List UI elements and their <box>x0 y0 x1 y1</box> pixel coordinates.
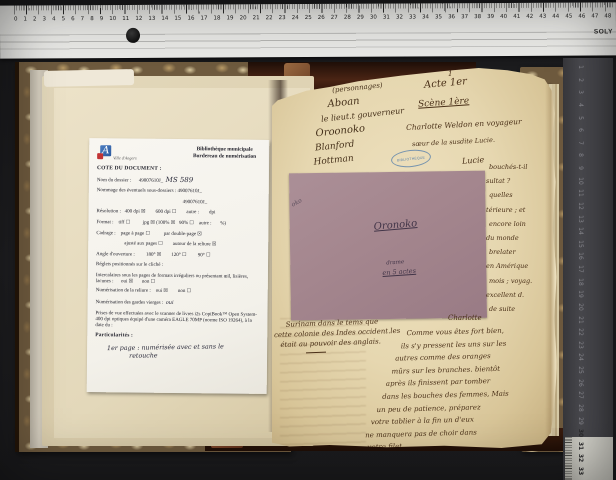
character-note-soeur: sœur de la susdite Lucie. <box>412 136 495 148</box>
ruler-number: 28 <box>577 404 583 412</box>
ruler-number: 23 <box>279 15 286 21</box>
ruler-number: 10 <box>109 16 116 22</box>
ruler-number: 6 <box>71 16 75 22</box>
ruler-number: 10 <box>577 177 583 185</box>
ruler-number: 5 <box>577 116 583 120</box>
form-particularites-label: Particularités : <box>95 332 260 340</box>
ruler-number: 4 <box>577 103 583 107</box>
digitization-form: A Ville d'Angers Bibliothèque municipale… <box>87 138 270 394</box>
ruler-number: 46 <box>578 14 585 20</box>
text-fragment-line: du monde <box>486 231 552 245</box>
form-field-cadrage: Cadrage : page à page ☐ par double-page … <box>96 231 261 239</box>
ruler-number: 11 <box>577 189 583 197</box>
nom-printed-value: 49007610J_ <box>139 178 166 183</box>
ruler-number: 15 <box>577 240 583 248</box>
ruler-number: 31 <box>577 442 583 450</box>
handwritten-note-line: retouche <box>107 350 260 360</box>
form-field-resolution: Résolution : 400 dpi ☒ 600 dpi ☐ autre :… <box>97 210 262 218</box>
ruler-number: 5 <box>62 16 66 22</box>
ruler-number: 14 <box>577 227 583 235</box>
cover-title: Oronoko <box>373 218 417 233</box>
ruler-number: 22 <box>577 328 583 336</box>
nom-label: Nom du dossier : <box>97 178 139 183</box>
ruler-number: 19 <box>577 290 583 298</box>
logo-caption: Ville d'Angers <box>113 155 137 160</box>
text-fragment-line: en Amérique <box>486 259 552 273</box>
text-fragment-line: quelles <box>489 188 552 202</box>
right-ruler-numbers: 1234567891011121314151617181920212223242… <box>572 64 588 474</box>
ruler-number: 8 <box>577 153 583 157</box>
ruler-number: 7 <box>577 141 583 145</box>
ruler-hole <box>126 28 140 43</box>
ruler-number: 32 <box>577 454 583 462</box>
form-section-title: COTE DU DOCUMENT : <box>97 165 262 173</box>
ruler-number: 44 <box>552 14 559 20</box>
ruler-number: 0 <box>14 17 18 23</box>
torn-paper-edge <box>44 69 134 87</box>
text-fragment-line: térieure ; et <box>486 203 552 217</box>
ruler-number: 30 <box>370 15 377 21</box>
ruler-number: 14 <box>161 16 168 22</box>
form-scanner-note: Prises de vue effectuées avec le scanner… <box>95 311 260 331</box>
ruler-number: 28 <box>344 15 351 21</box>
nom-handwritten-value: MS 589 <box>166 175 194 183</box>
right-ruler: 1234567891011121314151617181920212223242… <box>563 58 613 480</box>
ruler-number: 2 <box>577 78 583 82</box>
photo-scene: 0123456789101112131415161718192021222324… <box>0 0 616 480</box>
ruler-number: 17 <box>200 16 207 22</box>
ruler-number: 26 <box>318 15 325 21</box>
character-name-lucie: Lucie <box>462 155 485 166</box>
ruler-number: 2 <box>33 16 37 22</box>
form-field-cadrage-2: ajusté aux pages ☐ autour de la reliure … <box>96 241 261 249</box>
ruler-number: 35 <box>435 14 442 20</box>
ruler-number: 43 <box>539 14 546 20</box>
ruler-number: 13 <box>577 215 583 223</box>
ruler-number: 22 <box>266 15 273 21</box>
ruler-number: 18 <box>213 15 220 21</box>
text-fragment-line: de suite <box>489 302 552 316</box>
act-heading: Acte 1er <box>424 76 468 91</box>
ruler-number: 37 <box>461 14 468 20</box>
particularites-handwritten: 1er page : numérisée avec et sans lereto… <box>95 342 260 361</box>
ruler-number: 16 <box>577 253 583 261</box>
ruler-number: 19 <box>227 15 234 21</box>
ruler-number: 26 <box>577 379 583 387</box>
ruler-number: 24 <box>577 354 583 362</box>
ruler-grooves <box>0 31 616 52</box>
text-fragment-line: mois ; voyag. <box>489 274 552 288</box>
character-note-charlotte: Charlotte Weldon en voyageur <box>406 117 522 132</box>
ruler-number: 7 <box>81 16 85 22</box>
ruler-number: 38 <box>474 14 481 20</box>
ruler-number: 33 <box>409 14 416 20</box>
gardes-handwritten-value: oui <box>166 300 174 306</box>
text-fragment-line: sultat ? <box>486 174 552 188</box>
ruler-number: 13 <box>148 16 155 22</box>
ruler-number: 11 <box>122 16 129 22</box>
ruler-number: 34 <box>422 14 429 20</box>
form-field-nom: Nom du dossier : 49007610J_ MS 589 <box>97 176 262 186</box>
ruler-number: 1 <box>577 65 583 69</box>
ruler-brand-label: SOLY <box>594 28 613 35</box>
text-fragments-column: bouchés-t-ilsultat ?quellestérieure ; et… <box>486 160 552 316</box>
logo-letter: A <box>102 145 109 156</box>
form-titles: Bibliothèque municipale Bordereau de num… <box>193 146 262 162</box>
form-field-nommage: Nommage des éventuels sous-dossiers : 49… <box>97 188 262 196</box>
ruler-number: 20 <box>577 303 583 311</box>
ruler-number: 25 <box>577 366 583 374</box>
ruler-number: 42 <box>526 14 533 20</box>
text-fragment-line: bouchés-t-il <box>489 160 552 174</box>
ruler-number: 12 <box>135 16 142 22</box>
ruler-number: 31 <box>383 15 390 21</box>
ruler-number: 9 <box>577 166 583 170</box>
manuscript-page: 1 Acte 1er Scène 1ère (personnages)Aboan… <box>272 68 559 448</box>
angers-city-logo: A <box>97 145 111 160</box>
ruler-number: 36 <box>448 14 455 20</box>
ruler-number: 9 <box>100 16 104 22</box>
scene-heading: Scène 1ère <box>418 96 470 110</box>
ruler-number: 25 <box>305 15 312 21</box>
dialogue-speaker: Charlotte <box>448 314 482 322</box>
ruler-number: 30 <box>577 429 583 437</box>
ruler-number: 29 <box>577 417 583 425</box>
gardes-label: Numérisation des gardes vierges : <box>96 300 166 306</box>
form-field-format: Format : tiff ☐ jpg ☒ (100% ☒ 90% ☐ autr… <box>96 220 261 228</box>
ruler-number: 39 <box>487 14 494 20</box>
form-title-line2: Bordereau de numérisation <box>193 153 256 161</box>
form-field-reliure: Numérisation de la reliure : oui ☒ non ☐ <box>96 288 261 296</box>
form-field-gardes: Numérisation des gardes vierges : oui <box>96 299 261 308</box>
form-field-angle: Angle d'ouverture : 180° ☒ 120° ☐ 90° ☐ <box>96 252 261 260</box>
cover-subtitle-1: drame <box>386 259 404 266</box>
ruler-number: 33 <box>577 467 583 475</box>
form-field-nommage-2: 49007610J_ <box>97 199 262 207</box>
ruler-number: 32 <box>396 15 403 21</box>
ruler-number: 4 <box>52 16 56 22</box>
form-field-intercalaires: Intercalaires sous les pages de formats … <box>96 273 261 287</box>
ruler-number: 27 <box>577 391 583 399</box>
ruler-number: 15 <box>174 16 181 22</box>
ruler-number: 45 <box>565 14 572 20</box>
ruler-number: 23 <box>577 341 583 349</box>
ruler-number: 29 <box>357 15 364 21</box>
ruler-number: 47 <box>591 13 598 19</box>
ruler-number: 24 <box>292 15 299 21</box>
ruler-number: 17 <box>577 265 583 273</box>
ruler-number: 6 <box>577 128 583 132</box>
cover-subtitle-2: en 5 actes <box>382 267 416 277</box>
ruler-number: 48 <box>604 13 611 19</box>
ruler-number: 27 <box>331 15 338 21</box>
ruler-number: 16 <box>187 16 194 22</box>
ruler-number: 20 <box>240 15 247 21</box>
ruler-number: 18 <box>577 278 583 286</box>
ruler-number: 21 <box>253 15 260 21</box>
ruler-number: 8 <box>90 16 94 22</box>
purple-cover-paper: oko Oronoko drame en 5 actes <box>289 171 487 321</box>
ruler-number: 41 <box>513 14 520 20</box>
text-fragment-line: excellent d. <box>486 288 552 302</box>
ruler-number: 12 <box>577 202 583 210</box>
ruler-number: 1 <box>23 16 27 22</box>
ruler-number: 40 <box>500 14 507 20</box>
form-field-reglets: Réglets positionnés sur le cliché : <box>96 262 261 270</box>
ruler-number: 21 <box>577 316 583 324</box>
ruler-number: 3 <box>577 90 583 94</box>
ruler-number: 3 <box>43 16 47 22</box>
dialogue-text: Comme vous êtes fort bien,ils s'y presse… <box>354 323 557 454</box>
text-fragment-line: encore loin <box>489 217 552 231</box>
form-header: A Ville d'Angers Bibliothèque municipale… <box>97 145 262 162</box>
cover-inscription: oko <box>290 197 303 208</box>
top-ruler: 0123456789101112131415161718192021222324… <box>0 2 616 58</box>
text-fragment-line: brelater <box>489 245 552 259</box>
